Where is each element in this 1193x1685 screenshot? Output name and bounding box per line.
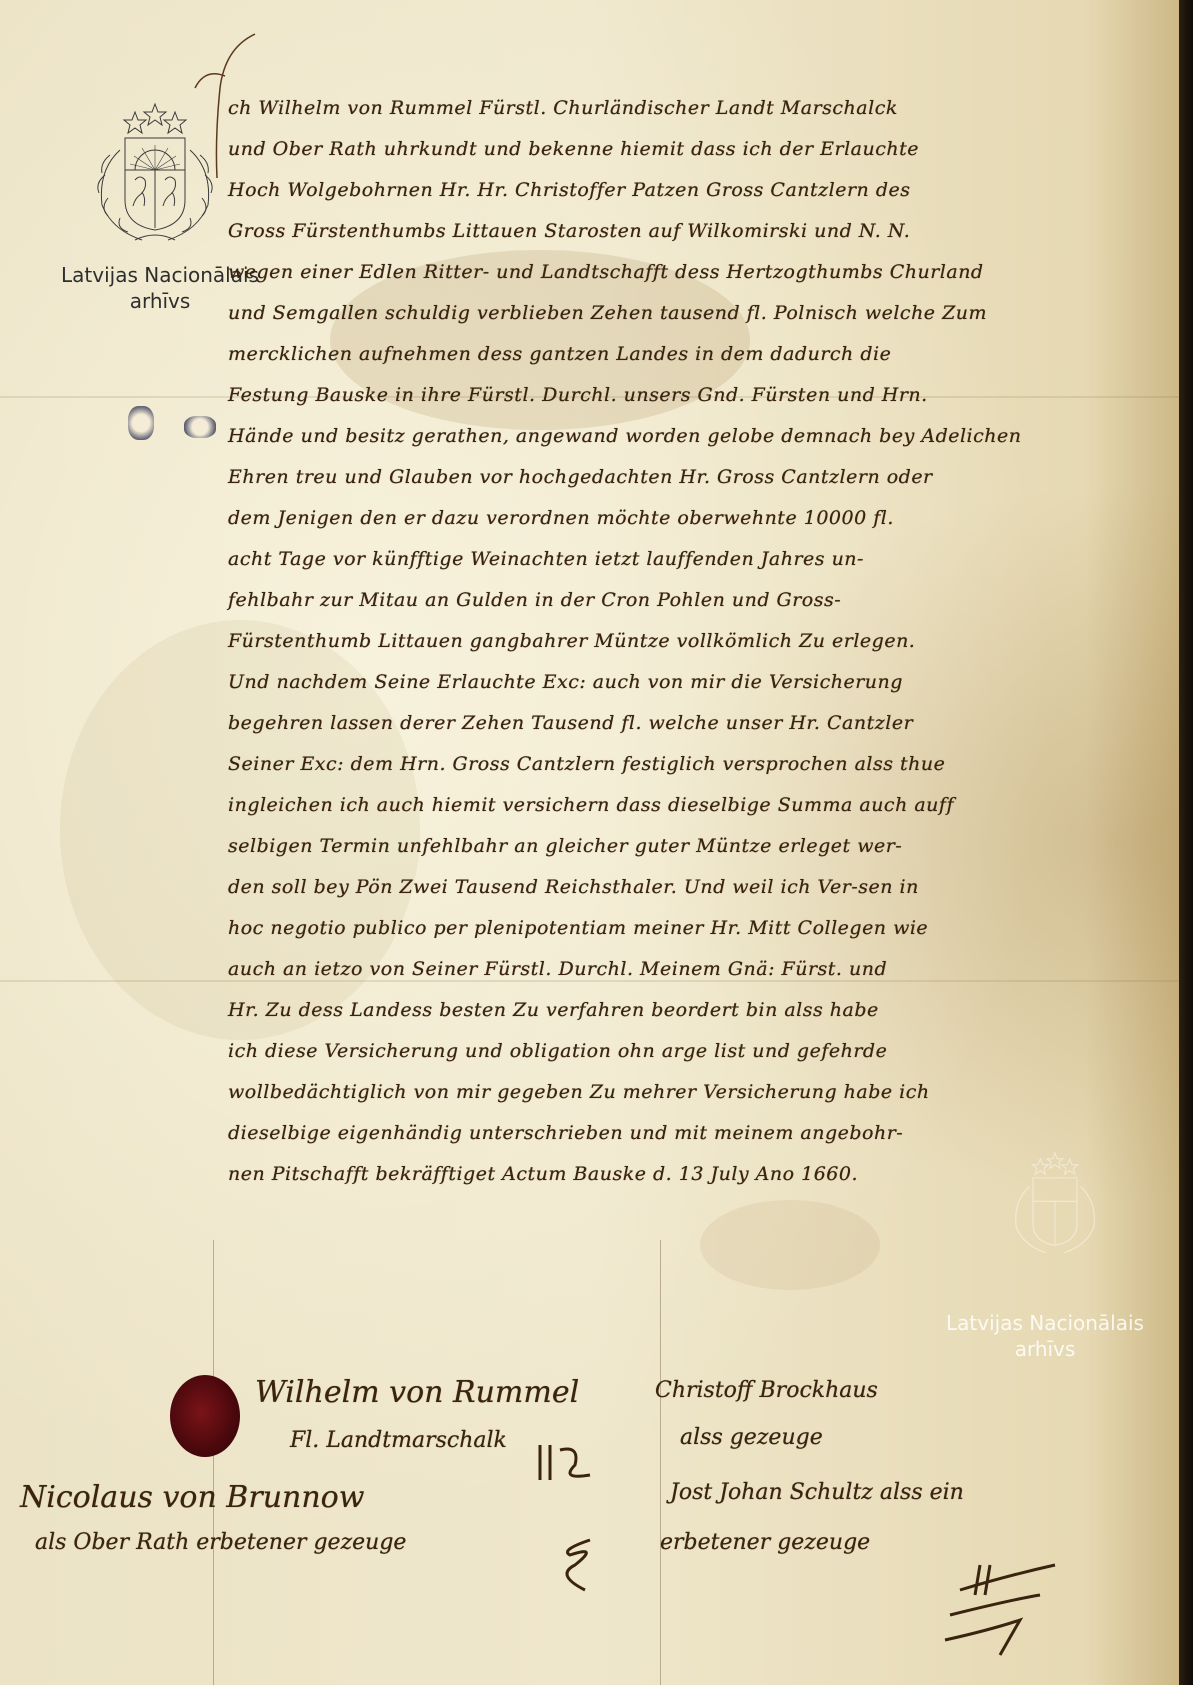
- signature-witness-right2-name: Jost Johan Schultz alss ein: [670, 1480, 964, 1505]
- text-line: ich diese Versicherung und obligation oh…: [228, 1031, 1188, 1072]
- text-line: auch an ietzo von Seiner Fürstl. Durchl.…: [228, 949, 1188, 990]
- signature-witness-right-name: Christoff Brockhaus: [655, 1378, 878, 1403]
- latvia-coat-of-arms-icon: [1000, 1150, 1110, 1260]
- text-line: mercklichen aufnehmen dess gantzen Lande…: [228, 334, 1188, 375]
- signature-main-title: Fl. Landtmarschalk: [290, 1428, 507, 1453]
- text-line: und Semgallen schuldig verblieben Zehen …: [228, 293, 1188, 334]
- text-line: und Ober Rath uhrkundt und bekenne hiemi…: [228, 129, 1188, 170]
- text-line: Hr. Zu dess Landess besten Zu verfahren …: [228, 990, 1188, 1031]
- manuscript-body: ch Wilhelm von Rummel Fürstl. Churländis…: [228, 88, 1188, 1195]
- signature-flourish: [940, 1555, 1080, 1665]
- text-line: acht Tage vor künfftige Weinachten ietzt…: [228, 539, 1188, 580]
- archive-name-line2: arhīvs: [920, 1336, 1170, 1362]
- paper-stain: [700, 1200, 880, 1290]
- archive-watermark-label: Latvijas Nacionālais arhīvs: [920, 1310, 1170, 1362]
- binding-hole: [128, 406, 154, 440]
- signature-witness-left-role: als Ober Rath erbetener gezeuge: [35, 1530, 406, 1555]
- wax-seal: [170, 1375, 240, 1457]
- text-line: den soll bey Pön Zwei Tausend Reichsthal…: [228, 867, 1188, 908]
- text-line: ingleichen ich auch hiemit versichern da…: [228, 785, 1188, 826]
- text-line: wegen einer Edlen Ritter- und Landtschaf…: [228, 252, 1188, 293]
- scan-background-edge: [1179, 0, 1193, 1685]
- text-line: wollbedächtiglich von mir gegeben Zu meh…: [228, 1072, 1188, 1113]
- manuscript-page: Latvijas Nacionālais arhīvs ch Wilhelm v…: [0, 0, 1183, 1685]
- signature-witness-right-role: alss gezeuge: [680, 1425, 823, 1450]
- text-line: Fürstenthumb Littauen gangbahrer Müntze …: [228, 621, 1188, 662]
- text-line: hoc negotio publico per plenipotentiam m…: [228, 908, 1188, 949]
- text-line: Ehren treu und Glauben vor hochgedachten…: [228, 457, 1188, 498]
- fold-crease: [213, 1240, 214, 1685]
- text-line: Festung Bauske in ihre Fürstl. Durchl. u…: [228, 375, 1188, 416]
- signature-main-name: Wilhelm von Rummel: [255, 1375, 579, 1410]
- text-line: Hoch Wolgebohrnen Hr. Hr. Christoffer Pa…: [228, 170, 1188, 211]
- archive-name-line1: Latvijas Nacionālais: [920, 1310, 1170, 1336]
- binding-hole: [184, 416, 216, 438]
- signature-flourish: [530, 1440, 620, 1600]
- text-line: ch Wilhelm von Rummel Fürstl. Churländis…: [228, 88, 1188, 129]
- text-line: fehlbahr zur Mitau an Gulden in der Cron…: [228, 580, 1188, 621]
- text-line: Gross Fürstenthumbs Littauen Starosten a…: [228, 211, 1188, 252]
- signature-witness-left-name: Nicolaus von Brunnow: [20, 1480, 364, 1515]
- text-line: Hände und besitz gerathen, angewand word…: [228, 416, 1188, 457]
- text-line: Und nachdem Seine Erlauchte Exc: auch vo…: [228, 662, 1188, 703]
- text-line: dem Jenigen den er dazu verordnen möchte…: [228, 498, 1188, 539]
- text-line: dieselbige eigenhändig unterschrieben un…: [228, 1113, 1188, 1154]
- text-line: selbigen Termin unfehlbahr an gleicher g…: [228, 826, 1188, 867]
- fold-crease: [660, 1240, 661, 1685]
- signature-witness-right2-role: erbetener gezeuge: [660, 1530, 870, 1555]
- text-line: begehren lassen derer Zehen Tausend fl. …: [228, 703, 1188, 744]
- text-line: Seiner Exc: dem Hrn. Gross Cantzlern fes…: [228, 744, 1188, 785]
